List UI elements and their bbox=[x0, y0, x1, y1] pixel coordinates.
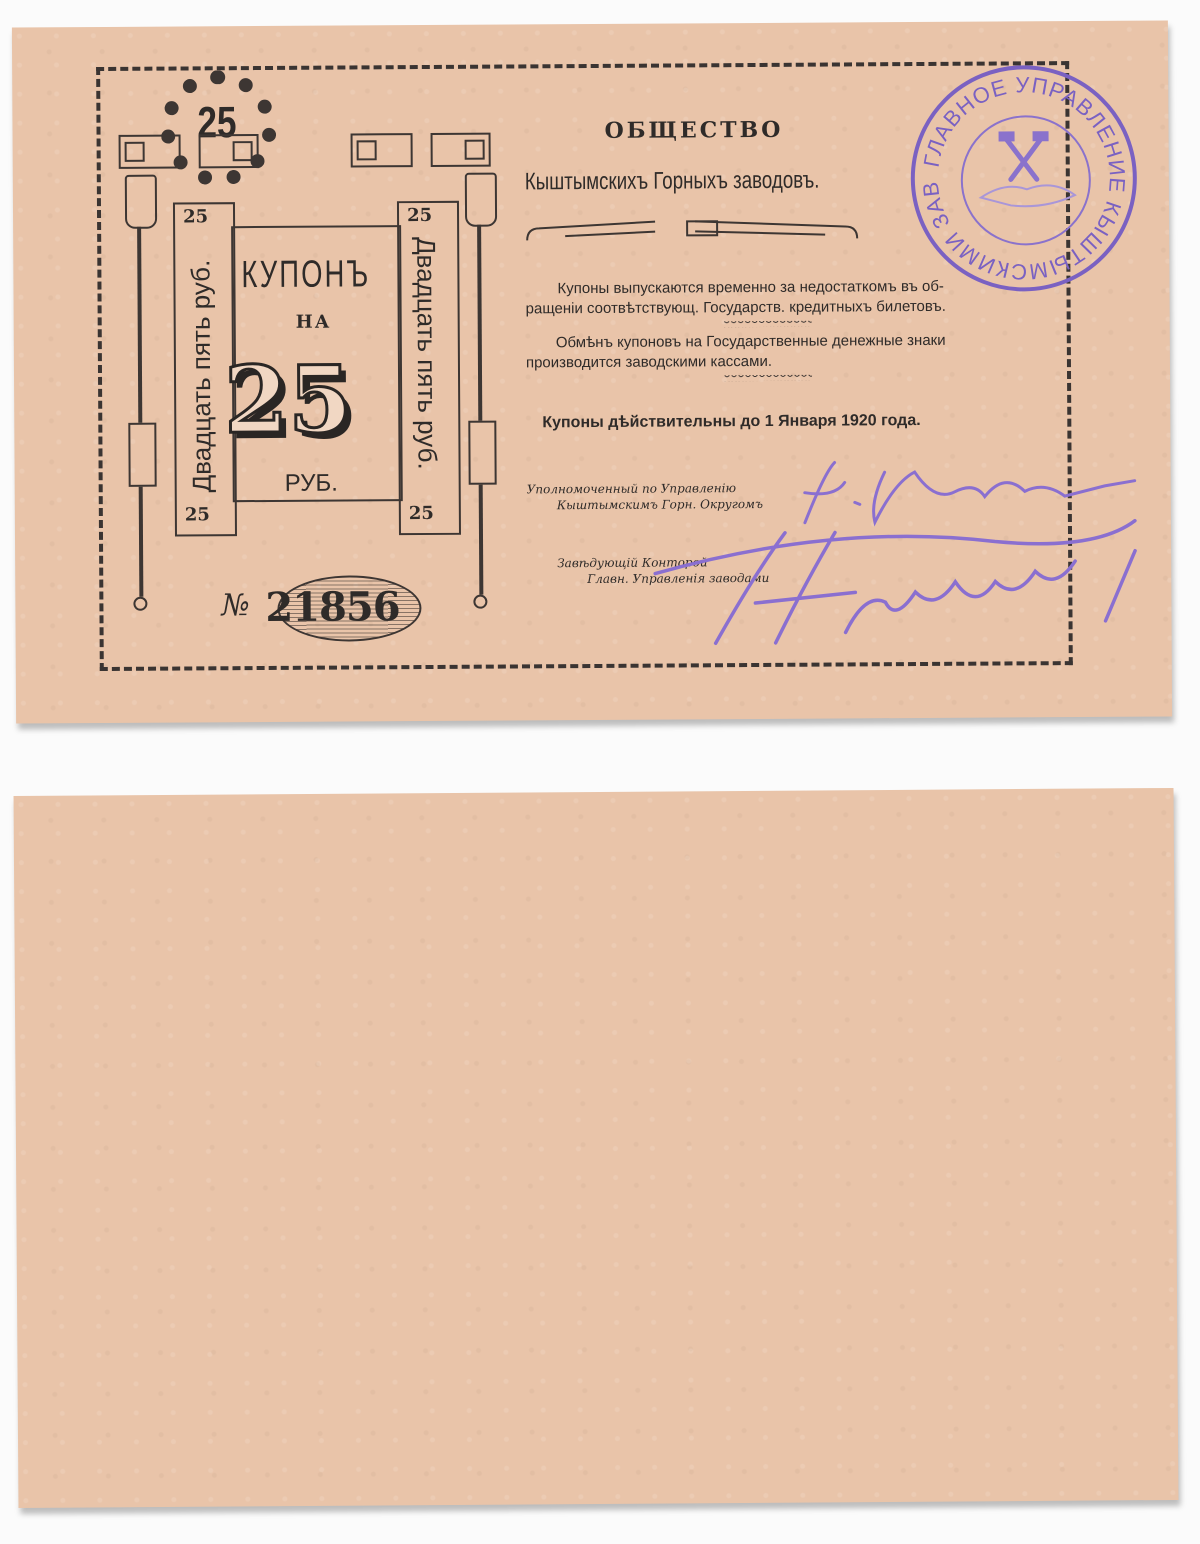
corner-denomination: 25 bbox=[407, 205, 432, 226]
notice-2-line-1: Обмѣнъ купоновъ на Государственные денеж… bbox=[556, 332, 946, 351]
validity-text: Купоны дѣйствительны до 1 Января 1920 го… bbox=[542, 412, 920, 432]
coupon-currency: РУБ. bbox=[285, 470, 338, 498]
banknote-front: 25 25 25 25 25 Двадцать пять руб. Двадца… bbox=[12, 20, 1172, 723]
column-box bbox=[128, 423, 156, 487]
corner-denomination: 25 bbox=[409, 503, 434, 524]
signatory-1-title-line-1: Уполномоченный по Управленiю bbox=[527, 481, 736, 496]
ornament-strip bbox=[119, 135, 181, 169]
banknote-back bbox=[14, 788, 1179, 1508]
coupon-amount: 25 bbox=[224, 345, 353, 454]
column-box bbox=[468, 421, 496, 485]
column-ring bbox=[133, 597, 147, 611]
vertical-denomination-text-right: Двадцать пять руб. bbox=[410, 237, 442, 470]
serial-number: 21856 bbox=[265, 583, 399, 631]
column-left-lower bbox=[139, 487, 144, 597]
ornament-strip bbox=[351, 133, 413, 167]
vertical-denomination-text-left: Двадцать пять руб. bbox=[185, 260, 217, 493]
issuer-line-2: Кыштымскихъ Горныхъ заводовъ. bbox=[525, 167, 820, 197]
decorative-rule bbox=[525, 208, 865, 250]
signatory-1-title-line-2: Кыштымскимъ Горн. Округомъ bbox=[557, 497, 763, 512]
column-capital bbox=[125, 175, 157, 229]
corner-denomination: 25 bbox=[185, 504, 210, 525]
ornament-strip bbox=[431, 133, 491, 167]
column-capital bbox=[465, 173, 497, 227]
signature-2 bbox=[635, 511, 1156, 664]
wavy-divider bbox=[724, 321, 812, 328]
corner-denomination: 25 bbox=[183, 206, 208, 227]
crossed-hammers-icon bbox=[999, 131, 1049, 179]
official-stamp: ГЛАВНОЕ УПРАВЛЕНИЕ КЫШТЫМСКИМИ ЗАВ. bbox=[910, 65, 1137, 292]
wavy-divider bbox=[724, 375, 812, 382]
coupon-title: КУПОНЪ bbox=[241, 253, 370, 297]
notice-1-line-2: ращенiи соотвѣтствующ. Государств. креди… bbox=[526, 298, 946, 318]
column-right-lower bbox=[479, 485, 484, 595]
notice-2-line-2: производится заводскими кассами. bbox=[526, 353, 772, 372]
issuer-line-1: ОБЩЕСТВО bbox=[604, 117, 783, 144]
column-ring bbox=[473, 595, 487, 609]
coupon-on: НА bbox=[296, 312, 332, 333]
stamp-text-ring: ГЛАВНОЕ УПРАВЛЕНИЕ КЫШТЫМСКИМИ ЗАВ. bbox=[914, 69, 1133, 288]
serial-prefix: № bbox=[221, 588, 250, 623]
notice-1-line-1: Купоны выпускаются временно за недостатк… bbox=[557, 278, 944, 297]
svg-text:ГЛАВНОЕ УПРАВЛЕНИЕ КЫШТЫМСКИМИ: ГЛАВНОЕ УПРАВЛЕНИЕ КЫШТЫМСКИМИ ЗАВ. bbox=[914, 69, 1131, 286]
ornament-strip bbox=[199, 134, 259, 168]
